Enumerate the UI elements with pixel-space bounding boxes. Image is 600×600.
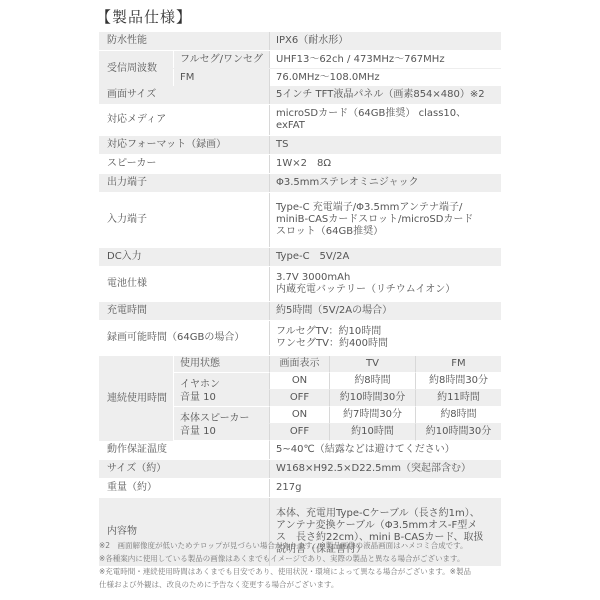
contents-line: アンテナ変換ケーブル（Φ3.5mmオス-F型メ xyxy=(276,520,495,532)
value-output: Φ3.5mmステレオミニジャック xyxy=(269,174,501,192)
row-media: 対応メディア microSDカード（64GB推奨） class10、exFAT xyxy=(99,105,501,136)
row-dc: DC入力 Type-C 5V/2A xyxy=(99,248,501,267)
record-line: ワンセグTV：約400時間 xyxy=(276,338,495,350)
label-battery: 電池仕様 xyxy=(99,267,269,301)
header-tv: TV xyxy=(329,356,415,373)
label-waterproof: 防水性能 xyxy=(99,32,269,50)
header-fm: FM xyxy=(415,356,501,373)
label-reception: 受信周波数 xyxy=(99,51,173,86)
state-line: 本体スピーカー xyxy=(174,412,249,425)
label-format: 対応フォーマット（録画） xyxy=(99,136,269,154)
row-screen: 画面サイズ 5インチ TFT液晶パネル（画素854×480）※2 xyxy=(99,86,501,105)
fm-value: 約8時間30分 xyxy=(415,373,501,390)
row-output: 出力端子 Φ3.5mmステレオミニジャック xyxy=(99,174,501,193)
label-screen: 画面サイズ xyxy=(99,86,269,104)
row-format: 対応フォーマット（録画） TS xyxy=(99,136,501,155)
value-screen: 5インチ TFT液晶パネル（画素854×480）※2 xyxy=(269,86,501,104)
continuous-grid: 使用状態 画面表示 TV FM イヤホン 音量 10 ON 約8時間 約8時間3… xyxy=(173,356,501,441)
value-speaker: 1W×2 8Ω xyxy=(269,155,501,173)
row-continuous: 連続使用時間 使用状態 画面表示 TV FM イヤホン 音量 10 ON 約8時… xyxy=(99,356,501,441)
row-waterproof: 防水性能 IPX6（耐水形） xyxy=(99,32,501,51)
value-media: microSDカード（64GB推奨） class10、exFAT xyxy=(269,105,501,135)
value-battery: 3.7V 3000mAh 内蔵充電バッテリー（リチウムイオン） xyxy=(269,267,501,301)
value-fullseg: UHF13〜62ch / 473MHz〜767MHz xyxy=(269,51,501,68)
value-fm: 76.0MHz〜108.0MHz xyxy=(269,69,501,86)
label-dc: DC入力 xyxy=(99,248,269,266)
label-fm: FM xyxy=(173,69,269,86)
footnotes: ※2 画面解像度が低いためテロップが見づらい場合があります。※製品画像の液晶画面… xyxy=(99,539,519,591)
row-reception: 受信周波数 フルセグ/ワンセグ UHF13〜62ch / 473MHz〜767M… xyxy=(99,51,501,86)
label-size: サイズ（約） xyxy=(99,460,269,478)
tv-value: 約10時間30分 xyxy=(329,390,415,407)
state-earphone: イヤホン 音量 10 xyxy=(173,373,269,407)
header-display: 画面表示 xyxy=(269,356,329,373)
input-line: miniB-CASカードスロット/microSDカード xyxy=(276,214,495,226)
display-on: ON xyxy=(269,407,329,424)
value-input: Type-C 充電端子/Φ3.5mmアンテナ端子/ miniB-CASカードスロ… xyxy=(269,193,501,247)
tv-value: 約8時間 xyxy=(329,373,415,390)
row-battery: 電池仕様 3.7V 3000mAh 内蔵充電バッテリー（リチウムイオン） xyxy=(99,267,501,302)
state-line: 音量 10 xyxy=(174,425,216,438)
input-line: スロット（64GB推奨） xyxy=(276,226,495,238)
input-line: Type-C 充電端子/Φ3.5mmアンテナ端子/ xyxy=(276,202,495,214)
fm-value: 約8時間 xyxy=(415,407,501,424)
battery-line: 3.7V 3000mAh xyxy=(276,272,495,284)
row-record: 録画可能時間（64GBの場合） フルセグTV：約10時間 ワンセグTV：約400… xyxy=(99,321,501,356)
label-weight: 重量（約） xyxy=(99,479,269,497)
label-media: 対応メディア xyxy=(99,105,269,135)
state-line: イヤホン xyxy=(174,378,220,391)
row-weight: 重量（約） 217g xyxy=(99,479,501,498)
spec-table: 防水性能 IPX6（耐水形） 受信周波数 フルセグ/ワンセグ UHF13〜62c… xyxy=(99,32,501,567)
state-speaker: 本体スピーカー 音量 10 xyxy=(173,407,269,441)
display-off: OFF xyxy=(269,424,329,441)
label-continuous: 連続使用時間 xyxy=(99,356,173,441)
row-charge: 充電時間 約5時間（5V/2Aの場合） xyxy=(99,302,501,321)
value-record: フルセグTV：約10時間 ワンセグTV：約400時間 xyxy=(269,321,501,355)
value-size: W168×H92.5×D22.5mm（突起部含む） xyxy=(269,460,501,478)
value-format: TS xyxy=(269,136,501,154)
page-title: 【製品仕様】 xyxy=(96,6,192,27)
footnote: ※2 画面解像度が低いためテロップが見づらい場合があります。※製品画像の液晶画面… xyxy=(99,539,519,552)
row-speaker: スピーカー 1W×2 8Ω xyxy=(99,155,501,174)
value-weight: 217g xyxy=(269,479,501,497)
label-temp: 動作保証温度 xyxy=(99,441,269,459)
fm-value: 約10時間30分 xyxy=(415,424,501,441)
contents-line: 本体、充電用Type-Cケーブル（長さ約1m）、 xyxy=(276,508,495,520)
value-temp: 5~40℃（結露などは避けてください） xyxy=(269,441,501,459)
label-speaker: スピーカー xyxy=(99,155,269,173)
display-on: ON xyxy=(269,373,329,390)
label-charge: 充電時間 xyxy=(99,302,269,320)
record-line: フルセグTV：約10時間 xyxy=(276,326,495,338)
row-size: サイズ（約） W168×H92.5×D22.5mm（突起部含む） xyxy=(99,460,501,479)
state-line: 音量 10 xyxy=(174,391,216,404)
row-input: 入力端子 Type-C 充電端子/Φ3.5mmアンテナ端子/ miniB-CAS… xyxy=(99,193,501,248)
value-charge: 約5時間（5V/2Aの場合） xyxy=(269,302,501,320)
label-input: 入力端子 xyxy=(99,193,269,247)
display-off: OFF xyxy=(269,390,329,407)
row-temp: 動作保証温度 5~40℃（結露などは避けてください） xyxy=(99,441,501,460)
value-dc: Type-C 5V/2A xyxy=(269,248,501,266)
label-fullseg: フルセグ/ワンセグ xyxy=(173,51,269,68)
value-waterproof: IPX6（耐水形） xyxy=(269,32,501,50)
header-state: 使用状態 xyxy=(173,356,269,373)
battery-line: 内蔵充電バッテリー（リチウムイオン） xyxy=(276,284,495,296)
tv-value: 約10時間 xyxy=(329,424,415,441)
label-output: 出力端子 xyxy=(99,174,269,192)
footnote: 仕様および外観は、改良のために予告なく変更する場合がございます。 xyxy=(99,578,519,591)
footnote: ※各種案内に使用している製品の画像はあくまでもイメージであり、実際の製品と異なる… xyxy=(99,552,519,565)
tv-value: 約7時間30分 xyxy=(329,407,415,424)
footnote: ※充電時間・連続使用時間はあくまでも目安であり、使用状況・環境によって異なる場合… xyxy=(99,565,519,578)
fm-value: 約11時間 xyxy=(415,390,501,407)
label-record: 録画可能時間（64GBの場合） xyxy=(99,321,269,355)
